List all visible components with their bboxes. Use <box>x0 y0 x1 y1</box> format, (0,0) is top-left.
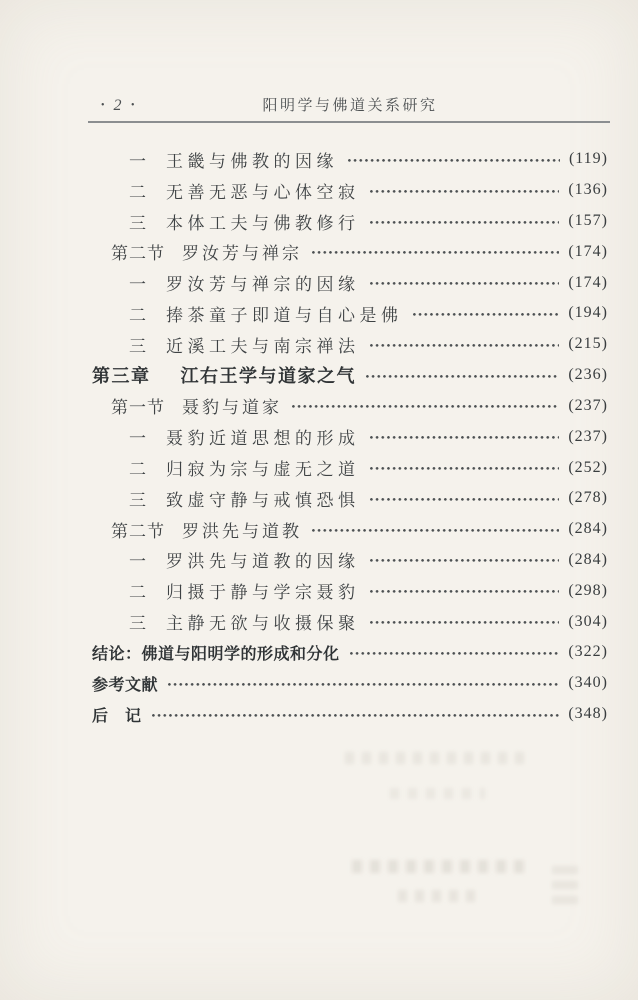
toc-entry-page: (194) <box>568 304 608 322</box>
toc-entry-page: (298) <box>568 582 608 600</box>
toc-entry-label: 二 <box>129 578 146 603</box>
toc-entry: 二归寂为宗与虚无之道(252) <box>92 452 608 483</box>
book-page: • 2 • 阳明学与佛道关系研究 一王畿与佛教的因缘(119)二无善无恶与心体空… <box>0 0 638 1000</box>
toc-entry-page: (340) <box>568 674 608 692</box>
toc-entry-page: (284) <box>568 551 608 569</box>
dot-leader <box>292 405 559 408</box>
dot-leader <box>370 559 560 562</box>
folio-left-dot: • <box>101 101 105 111</box>
toc-entry-label: 一 <box>129 147 146 172</box>
ink-bleed-through <box>552 862 578 904</box>
toc-entry-label: 第二节 <box>111 517 165 542</box>
toc-entry: 一罗洪先与道教的因缘(284) <box>92 545 608 576</box>
toc-entry: 第三章江右王学与道家之气(236) <box>92 360 608 391</box>
folio-page-number: • 2 • <box>101 95 135 117</box>
toc-entry-title: 聂豹近道思想的形成 <box>166 424 360 449</box>
toc-entry-page: (348) <box>568 705 608 723</box>
dot-leader <box>370 436 560 439</box>
toc-entry-page: (322) <box>568 643 608 661</box>
toc-entry-label: 二 <box>129 178 146 203</box>
toc-entry-title: 致虚守静与戒慎恐惧 <box>166 486 360 511</box>
toc-entry-page: (215) <box>568 335 608 353</box>
folio-number: 2 <box>114 97 123 115</box>
toc-entry-page: (284) <box>568 520 608 538</box>
toc-entry: 结论：佛道与阳明学的形成和分化(322) <box>92 637 608 668</box>
toc-entry-title: 近溪工夫与南宗禅法 <box>166 332 360 357</box>
toc-entry-page: (136) <box>568 181 608 199</box>
toc-entry: 三致虚守静与戒慎恐惧(278) <box>92 483 608 514</box>
toc-entry-page: (278) <box>568 489 608 507</box>
toc-entry-page: (174) <box>568 243 608 261</box>
toc-entry-title: 江右王学与道家之气 <box>181 362 357 388</box>
dot-leader <box>312 251 559 254</box>
toc-entry-title: 聂豹与道家 <box>182 393 282 418</box>
dot-leader <box>312 529 559 532</box>
toc-entry-label: 第三章 <box>92 362 151 388</box>
toc-entry-title: 后 记 <box>92 703 142 726</box>
toc-entry-page: (304) <box>568 613 608 631</box>
dot-leader <box>370 498 560 501</box>
toc-entry-label: 二 <box>129 301 146 326</box>
toc-entry-page: (252) <box>568 459 608 477</box>
dot-leader <box>370 282 560 285</box>
toc-entry-title: 参考文献 <box>92 672 158 695</box>
dot-leader <box>413 313 560 316</box>
running-title: 阳明学与佛道关系研究 <box>92 95 608 117</box>
toc-entry-page: (157) <box>568 212 608 230</box>
ink-bleed-through <box>398 890 478 902</box>
dot-leader <box>348 159 560 162</box>
toc-entry-label: 一 <box>129 270 146 295</box>
toc-entry-label: 第一节 <box>111 393 165 418</box>
ink-bleed-through <box>352 860 532 873</box>
table-of-contents: 一王畿与佛教的因缘(119)二无善无恶与心体空寂(136)三本体工夫与佛教修行(… <box>92 144 608 729</box>
toc-entry: 一王畿与佛教的因缘(119) <box>92 144 608 175</box>
toc-entry-page: (237) <box>568 397 608 415</box>
toc-entry: 三主静无欲与收摄保聚(304) <box>92 606 608 637</box>
toc-entry-label: 三 <box>129 486 146 511</box>
toc-entry-label: 一 <box>129 424 146 449</box>
dot-leader <box>370 221 560 224</box>
toc-entry: 二归摄于静与学宗聂豹(298) <box>92 575 608 606</box>
toc-entry-title: 罗汝芳与禅宗 <box>182 239 302 264</box>
toc-entry-page: (236) <box>568 366 608 384</box>
toc-entry: 一聂豹近道思想的形成(237) <box>92 421 608 452</box>
toc-entry: 参考文献(340) <box>92 668 608 699</box>
toc-entry: 第一节聂豹与道家(237) <box>92 391 608 422</box>
dot-leader <box>168 683 559 686</box>
toc-entry: 第二节罗汝芳与禅宗(174) <box>92 236 608 267</box>
toc-entry-title: 罗洪先与道教的因缘 <box>166 547 360 572</box>
toc-entry-title: 主静无欲与收摄保聚 <box>166 609 360 634</box>
dot-leader <box>366 375 559 378</box>
toc-entry: 三本体工夫与佛教修行(157) <box>92 206 608 237</box>
toc-entry-title: 无善无恶与心体空寂 <box>166 178 360 203</box>
ink-bleed-through <box>390 788 485 799</box>
header-rule <box>88 121 610 123</box>
toc-entry: 一罗汝芳与禅宗的因缘(174) <box>92 267 608 298</box>
toc-entry: 二无善无恶与心体空寂(136) <box>92 175 608 206</box>
toc-entry-label: 二 <box>129 455 146 480</box>
toc-entry-title: 归摄于静与学宗聂豹 <box>166 578 360 603</box>
toc-entry-title: 罗汝芳与禅宗的因缘 <box>166 270 360 295</box>
toc-entry: 二捧茶童子即道与自心是佛(194) <box>92 298 608 329</box>
page-header: • 2 • 阳明学与佛道关系研究 <box>92 95 608 117</box>
toc-entry: 后 记(348) <box>92 699 608 730</box>
toc-entry-title: 王畿与佛教的因缘 <box>166 147 338 172</box>
ink-bleed-through <box>345 752 530 764</box>
toc-entry-label: 一 <box>129 547 146 572</box>
toc-entry-title: 捧茶童子即道与自心是佛 <box>166 301 403 326</box>
toc-entry-label: 三 <box>129 609 146 634</box>
dot-leader <box>370 621 560 624</box>
dot-leader <box>370 344 560 347</box>
toc-entry-title: 罗洪先与道教 <box>182 517 302 542</box>
dot-leader <box>152 714 560 717</box>
toc-entry: 第二节罗洪先与道教(284) <box>92 514 608 545</box>
toc-entry-title: 结论：佛道与阳明学的形成和分化 <box>92 641 340 664</box>
dot-leader <box>370 590 560 593</box>
toc-entry-title: 归寂为宗与虚无之道 <box>166 455 360 480</box>
toc-entry-page: (119) <box>569 150 608 168</box>
toc-entry: 三近溪工夫与南宗禅法(215) <box>92 329 608 360</box>
dot-leader <box>350 652 560 655</box>
toc-entry-page: (237) <box>568 428 608 446</box>
dot-leader <box>370 467 560 470</box>
toc-entry-label: 第二节 <box>111 239 165 264</box>
folio-right-dot: • <box>131 101 135 111</box>
toc-entry-label: 三 <box>129 332 146 357</box>
toc-entry-page: (174) <box>568 274 608 292</box>
toc-entry-title: 本体工夫与佛教修行 <box>166 209 360 234</box>
dot-leader <box>370 190 560 193</box>
toc-entry-label: 三 <box>129 209 146 234</box>
